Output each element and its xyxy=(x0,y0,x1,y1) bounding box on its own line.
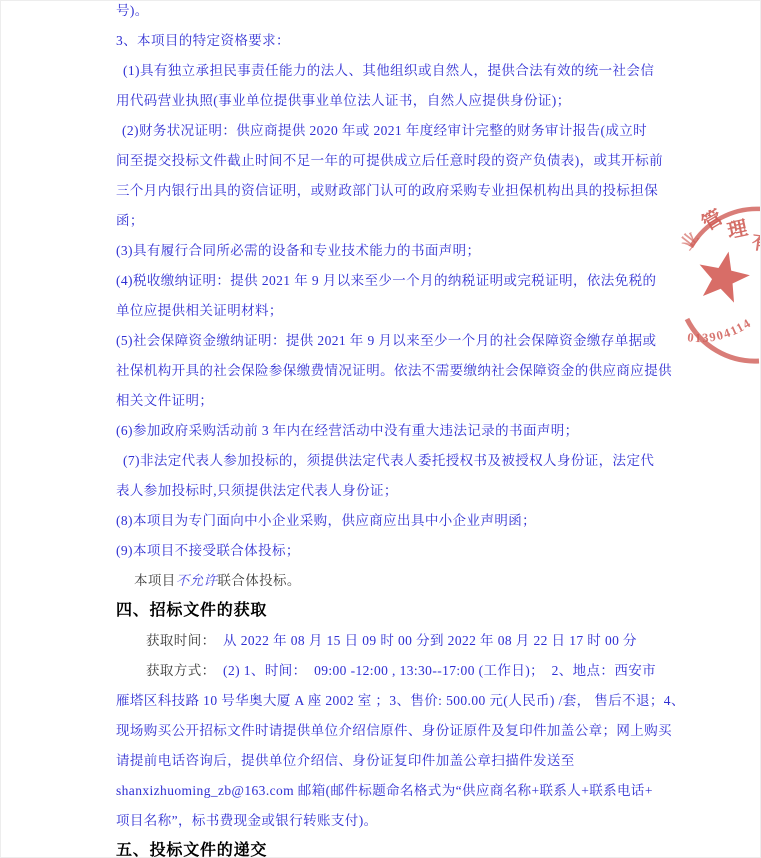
document-line: 号)。 xyxy=(116,0,656,26)
text-segment: 相关文件证明； xyxy=(116,393,213,408)
document-line: (6)参加政府采购活动前 3 年内在经营活动中没有重大违法记录的书面声明； xyxy=(116,416,656,446)
text-segment: (8)本项目为专门面向中小企业采购，供应商应出具中小企业声明函； xyxy=(116,513,536,528)
text-segment: 本项目 xyxy=(134,573,176,588)
document-line: 获取方式： (2) 1、时间： 09:00 -12:00 , 13:30--17… xyxy=(116,656,656,686)
text-segment: (2) 1、时间： 09:00 -12:00 , 13:30--17:00 (工… xyxy=(216,663,657,678)
text-segment: 项目名称”，标书费现金或银行转账支付)。 xyxy=(116,813,378,828)
text-segment: 表人参加投标时,只须提供法定代表人身份证； xyxy=(116,483,398,498)
text-segment: (5)社会保障资金缴纳证明：提供 2021 年 9 月以来至少一个月的社会保障资… xyxy=(116,333,656,348)
document-line: 雁塔区科技路 10 号华奥大厦 A 座 2002 室 ；3、售价: 500.00… xyxy=(116,686,656,716)
text-segment: (4)税收缴纳证明：提供 2021 年 9 月以来至少一个月的纳税证明或完税证明… xyxy=(116,273,656,288)
text-segment: 请提前电话咨询后，提供单位介绍信、身份证复印件加盖公章扫描件发送至 xyxy=(116,753,575,768)
text-segment: 不允许 xyxy=(176,573,218,588)
document-line: 社保机构开具的社会保险参保缴费情况证明。依法不需要缴纳社会保障资金的供应商应提供 xyxy=(116,356,656,386)
text-segment: 社保机构开具的社会保险参保缴费情况证明。依法不需要缴纳社会保障资金的供应商应提供 xyxy=(116,363,672,378)
section-heading: 五、投标文件的递交 xyxy=(116,836,656,858)
document-line: (7)非法定代表人参加投标的，须提供法定代表人委托授权书及被授权人身份证，法定代 xyxy=(116,446,656,476)
document-line: (8)本项目为专门面向中小企业采购，供应商应出具中小企业声明函； xyxy=(116,506,656,536)
document-page: 号)。3、本项目的特定资格要求：(1)具有独立承担民事责任能力的法人、其他组织或… xyxy=(0,0,761,858)
document-line: 表人参加投标时,只须提供法定代表人身份证； xyxy=(116,476,656,506)
text-segment: shanxizhuoming_zb@163.com 邮箱(邮件标题命名格式为“供… xyxy=(116,783,653,798)
text-segment: (9)本项目不接受联合体投标； xyxy=(116,543,300,558)
document-line: (3)具有履行合同所必需的设备和专业技术能力的书面声明； xyxy=(116,236,656,266)
text-segment: 用代码营业执照(事业单位提供事业单位法人证书，自然人应提供身份证)； xyxy=(116,93,571,108)
document-line: shanxizhuoming_zb@163.com 邮箱(邮件标题命名格式为“供… xyxy=(116,776,656,806)
official-seal-stamp: 业 管 理 有 013904114 xyxy=(651,171,761,391)
text-segment: 五、投标文件的递交 xyxy=(116,842,267,858)
document-line: 请提前电话咨询后，提供单位介绍信、身份证复印件加盖公章扫描件发送至 xyxy=(116,746,656,776)
document-line: 相关文件证明； xyxy=(116,386,656,416)
document-line: 间至提交投标文件截止时间不足一年的可提供成立后任意时段的资产负债表)，或其开标前 xyxy=(116,146,656,176)
text-segment: 函； xyxy=(116,213,144,228)
seal-arc-char: 理 xyxy=(725,216,750,243)
document-line: (5)社会保障资金缴纳证明：提供 2021 年 9 月以来至少一个月的社会保障资… xyxy=(116,326,656,356)
document-line: 获取时间： 从 2022 年 08 月 15 日 09 时 00 分到 2022… xyxy=(116,626,656,656)
seal-arc-char: 业 xyxy=(677,228,702,253)
document-line: (2)财务状况证明：供应商提供 2020 年或 2021 年度经审计完整的财务审… xyxy=(116,116,656,146)
text-segment: 3、本项目的特定资格要求： xyxy=(116,33,290,48)
document-line: 现场购买公开招标文件时请提供单位介绍信原件、身份证原件及复印件加盖公章；网上购买 xyxy=(116,716,656,746)
text-segment: 三个月内银行出具的资信证明，或财政部门认可的政府采购专业担保机构出具的投标担保 xyxy=(116,183,658,198)
document-line: (4)税收缴纳证明：提供 2021 年 9 月以来至少一个月的纳税证明或完税证明… xyxy=(116,266,656,296)
document-line: 函； xyxy=(116,206,656,236)
text-segment: 现场购买公开招标文件时请提供单位介绍信原件、身份证原件及复印件加盖公章；网上购买 xyxy=(116,723,672,738)
text-segment: 间至提交投标文件截止时间不足一年的可提供成立后任意时段的资产负债表)，或其开标前 xyxy=(116,153,663,168)
document-line: (1)具有独立承担民事责任能力的法人、其他组织或自然人，提供合法有效的统一社会信 xyxy=(116,56,656,86)
document-line: 3、本项目的特定资格要求： xyxy=(116,26,656,56)
text-segment: 号)。 xyxy=(116,3,149,18)
text-segment: (2)财务状况证明：供应商提供 2020 年或 2021 年度经审计完整的财务审… xyxy=(122,123,647,138)
seal-arc-char: 管 xyxy=(698,205,727,236)
text-segment: (7)非法定代表人参加投标的，须提供法定代表人委托授权书及被授权人身份证，法定代 xyxy=(123,453,654,468)
document-line: (9)本项目不接受联合体投标； xyxy=(116,536,656,566)
text-segment: (3)具有履行合同所必需的设备和专业技术能力的书面声明； xyxy=(116,243,480,258)
text-segment: 从 2022 年 08 月 15 日 09 时 00 分到 2022 年 08 … xyxy=(216,633,637,648)
document-line: 用代码营业执照(事业单位提供事业单位法人证书，自然人应提供身份证)； xyxy=(116,86,656,116)
text-segment: 联合体投标。 xyxy=(217,573,300,588)
text-segment: 获取时间： xyxy=(146,633,216,648)
seal-arc-char: 有 xyxy=(750,229,761,256)
document-line: 单位应提供相关证明材料； xyxy=(116,296,656,326)
document-line: 本项目不允许联合体投标。 xyxy=(116,566,656,596)
document-line: 三个月内银行出具的资信证明，或财政部门认可的政府采购专业担保机构出具的投标担保 xyxy=(116,176,656,206)
text-segment: (1)具有独立承担民事责任能力的法人、其他组织或自然人，提供合法有效的统一社会信 xyxy=(123,63,654,78)
document-body: 号)。3、本项目的特定资格要求：(1)具有独立承担民事责任能力的法人、其他组织或… xyxy=(116,0,656,858)
seal-ring-bottom-arc xyxy=(687,319,759,361)
text-segment: 雁塔区科技路 10 号华奥大厦 A 座 2002 室 ；3、售价: 500.00… xyxy=(116,693,685,708)
seal-code-digits-text: 013904114 xyxy=(687,316,754,345)
text-segment: 四、招标文件的获取 xyxy=(116,602,267,619)
text-segment: 单位应提供相关证明材料； xyxy=(116,303,283,318)
seal-star-icon xyxy=(693,246,753,304)
text-segment: 获取方式： xyxy=(146,663,216,678)
document-line: 项目名称”，标书费现金或银行转账支付)。 xyxy=(116,806,656,836)
seal-ring-top-arc xyxy=(691,209,761,247)
text-segment: (6)参加政府采购活动前 3 年内在经营活动中没有重大违法记录的书面声明； xyxy=(116,423,579,438)
section-heading: 四、招标文件的获取 xyxy=(116,596,656,626)
seal-code-digits: 013904114 xyxy=(687,316,754,345)
